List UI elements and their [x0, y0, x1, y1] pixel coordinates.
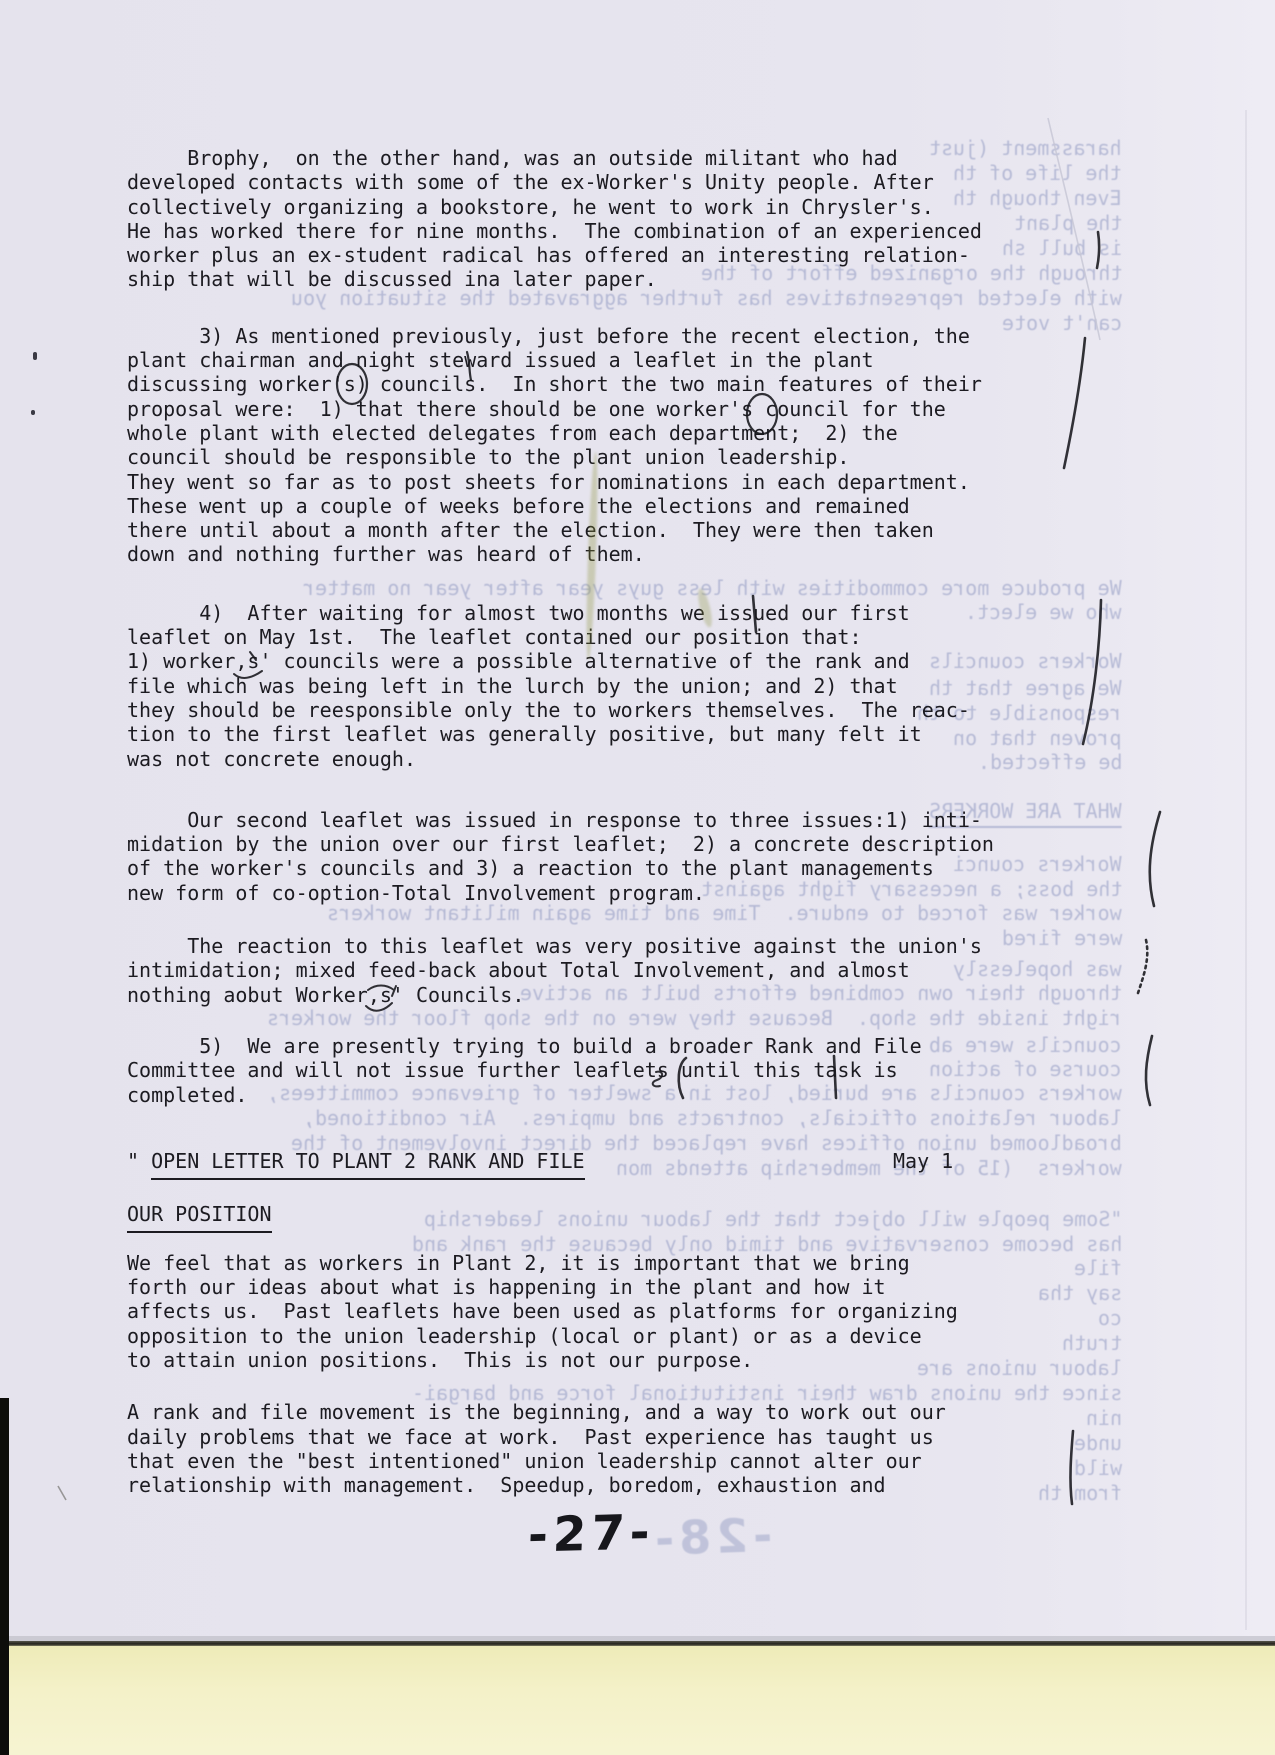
page-number-bleed: -28-	[649, 1508, 773, 1566]
paragraph: 4) After waiting for almost two months w…	[127, 601, 1187, 771]
text-line: A rank and file movement is the beginnin…	[127, 1400, 1187, 1424]
page-number-handwritten: -27-	[527, 1504, 656, 1563]
text-line: they should be reesponsible only the to …	[127, 698, 1187, 722]
text-line: forth our ideas about what is happening …	[127, 1275, 1187, 1299]
text-line: was not concrete enough.	[127, 747, 1187, 771]
text-line: He has worked there for nine months. The…	[127, 219, 1187, 243]
text-line: Our second leaflet was issued in respons…	[127, 808, 1187, 832]
paragraph: Brophy, on the other hand, was an outsid…	[127, 146, 1187, 292]
text-line: opposition to the union leadership (loca…	[127, 1324, 1187, 1348]
open-letter-date: May 1	[893, 1149, 953, 1173]
speck-mark	[31, 410, 35, 415]
left-scan-edge	[0, 1398, 9, 1755]
text-line: leaflet on May 1st. The leaflet containe…	[127, 625, 1187, 649]
text-line: Committee and will not issue further lea…	[127, 1058, 1187, 1082]
text-line: The reaction to this leaflet was very po…	[127, 934, 1187, 958]
text-line: 1) worker,s' councils were a possible al…	[127, 649, 1187, 673]
text-line: affects us. Past leaflets have been used…	[127, 1299, 1187, 1323]
text-line: midation by the union over our first lea…	[127, 832, 1187, 856]
text-line: daily problems that we face at work. Pas…	[127, 1425, 1187, 1449]
text-line: These went up a couple of weeks before t…	[127, 494, 1187, 518]
text-line: whole plant with elected delegates from …	[127, 421, 1187, 445]
text-line: intimidation; mixed feed-back about Tota…	[127, 958, 1187, 982]
text-line: They went so far as to post sheets for n…	[127, 470, 1187, 494]
text-line: of the worker's councils and 3) a reacti…	[127, 856, 1187, 880]
open-letter-heading: " OPEN LETTER TO PLANT 2 RANK AND FILEMa…	[127, 1149, 1187, 1182]
text-line: We feel that as workers in Plant 2, it i…	[127, 1251, 1187, 1275]
text-line: nothing aobut Worker,s' Councils.	[127, 983, 1187, 1007]
text-line: proposal were: 1) that there should be o…	[127, 397, 1187, 421]
text-line: plant chairman and night steward issued …	[127, 348, 1187, 372]
text-line: new form of co-option-Total Involvement …	[127, 881, 1187, 905]
text-line: council should be responsible to the pla…	[127, 445, 1187, 469]
paragraph: We feel that as workers in Plant 2, it i…	[127, 1251, 1187, 1372]
paragraph: The reaction to this leaflet was very po…	[127, 934, 1187, 1007]
paragraph: 5) We are presently trying to build a br…	[127, 1034, 1187, 1107]
text-line: Brophy, on the other hand, was an outsid…	[127, 146, 1187, 170]
text-line: ship that will be discussed ina later pa…	[127, 267, 1187, 291]
text-line: developed contacts with some of the ex-W…	[127, 170, 1187, 194]
text-line: there until about a month after the elec…	[127, 518, 1187, 542]
speck-mark	[33, 352, 37, 360]
text-line: file which was being left in the lurch b…	[127, 674, 1187, 698]
text-line: worker plus an ex-student radical has of…	[127, 243, 1187, 267]
paragraph: 3) As mentioned previously, just before …	[127, 324, 1187, 567]
section-heading: OUR POSITION	[127, 1202, 1187, 1235]
underlying-page	[0, 1646, 1275, 1755]
text-line: 4) After waiting for almost two months w…	[127, 601, 1187, 625]
text-line: 3) As mentioned previously, just before …	[127, 324, 1187, 348]
text-line: completed.	[127, 1083, 1187, 1107]
paragraph: Our second leaflet was issued in respons…	[127, 808, 1187, 905]
typed-text-block: Brophy, on the other hand, was an outsid…	[127, 146, 1187, 1497]
paragraph-group-top: Brophy, on the other hand, was an outsid…	[127, 146, 1187, 1107]
text-line: 5) We are presently trying to build a br…	[127, 1034, 1187, 1058]
speck-mark	[58, 1486, 66, 1500]
open-letter-title: OPEN LETTER TO PLANT 2 RANK AND FILE	[151, 1149, 584, 1180]
text-line: down and nothing further was heard of th…	[127, 542, 1187, 566]
text-line: collectively organizing a bookstore, he …	[127, 195, 1187, 219]
paragraph: A rank and file movement is the beginnin…	[127, 1400, 1187, 1497]
heading-quote-mark: "	[127, 1149, 151, 1173]
text-line: tion to the first leaflet was generally …	[127, 722, 1187, 746]
paragraph-group-bottom: We feel that as workers in Plant 2, it i…	[127, 1251, 1187, 1498]
text-line: relationship with management. Speedup, b…	[127, 1473, 1187, 1497]
text-line: discussing worker's) councils. In short …	[127, 372, 1187, 396]
section-heading-label: OUR POSITION	[127, 1202, 272, 1233]
scanned-page: harassment (justthe life of thEven thoug…	[0, 0, 1275, 1755]
text-line: to attain union positions. This is not o…	[127, 1348, 1187, 1372]
text-line: that even the "best intentioned" union l…	[127, 1449, 1187, 1473]
